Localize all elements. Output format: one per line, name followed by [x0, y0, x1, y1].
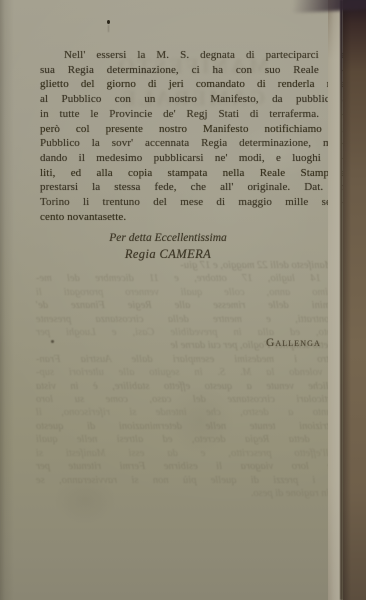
paragraph-line: Torino li trentuno del mese di maggio mi… [40, 195, 346, 210]
paragraph-line: cento novantasette. [40, 210, 346, 225]
ink-speck [107, 20, 110, 24]
paragraph-line: in tutte le Provincie de' Regj Stati di … [40, 107, 346, 122]
closing-heading-line1: Per detta Eccellentissima [78, 231, 258, 246]
closing-heading-line2: Regia CAMERA [78, 246, 258, 262]
paragraph-line: dando il medesimo pubblicarsi ne' modi, … [40, 151, 346, 166]
ink-speck [51, 340, 54, 343]
paragraph-line: liti, ed alla copia stampata nella Reale… [40, 166, 346, 181]
paragraph-line: prestarsi la stessa fede, che all' origi… [40, 180, 346, 195]
paragraph-line: però col presente nostro Manifesto notif… [40, 122, 346, 137]
paragraph-line: al Pubblico con un nostro Manifesto, da … [40, 92, 346, 107]
closing-heading: Per detta Eccellentissima Regia CAMERA [78, 231, 258, 262]
paragraph-line: Pubblico la sovr' accennata Regia determ… [40, 136, 346, 151]
book-spine-edge [343, 0, 366, 600]
scanned-page-photo: MANIFESTO CAMERALE Nell' essersi la M. S… [0, 0, 366, 600]
paragraph-line: sua Regia determinazione, ci ha con suo … [40, 63, 346, 78]
body-paragraph: Nell' essersi la M. S. degnata di partec… [40, 48, 346, 224]
paragraph-line: glietto del giorno di jeri comandato di … [40, 77, 346, 92]
ink-speck [108, 25, 109, 32]
paragraph-line: Nell' essersi la M. S. degnata di partec… [40, 48, 346, 63]
